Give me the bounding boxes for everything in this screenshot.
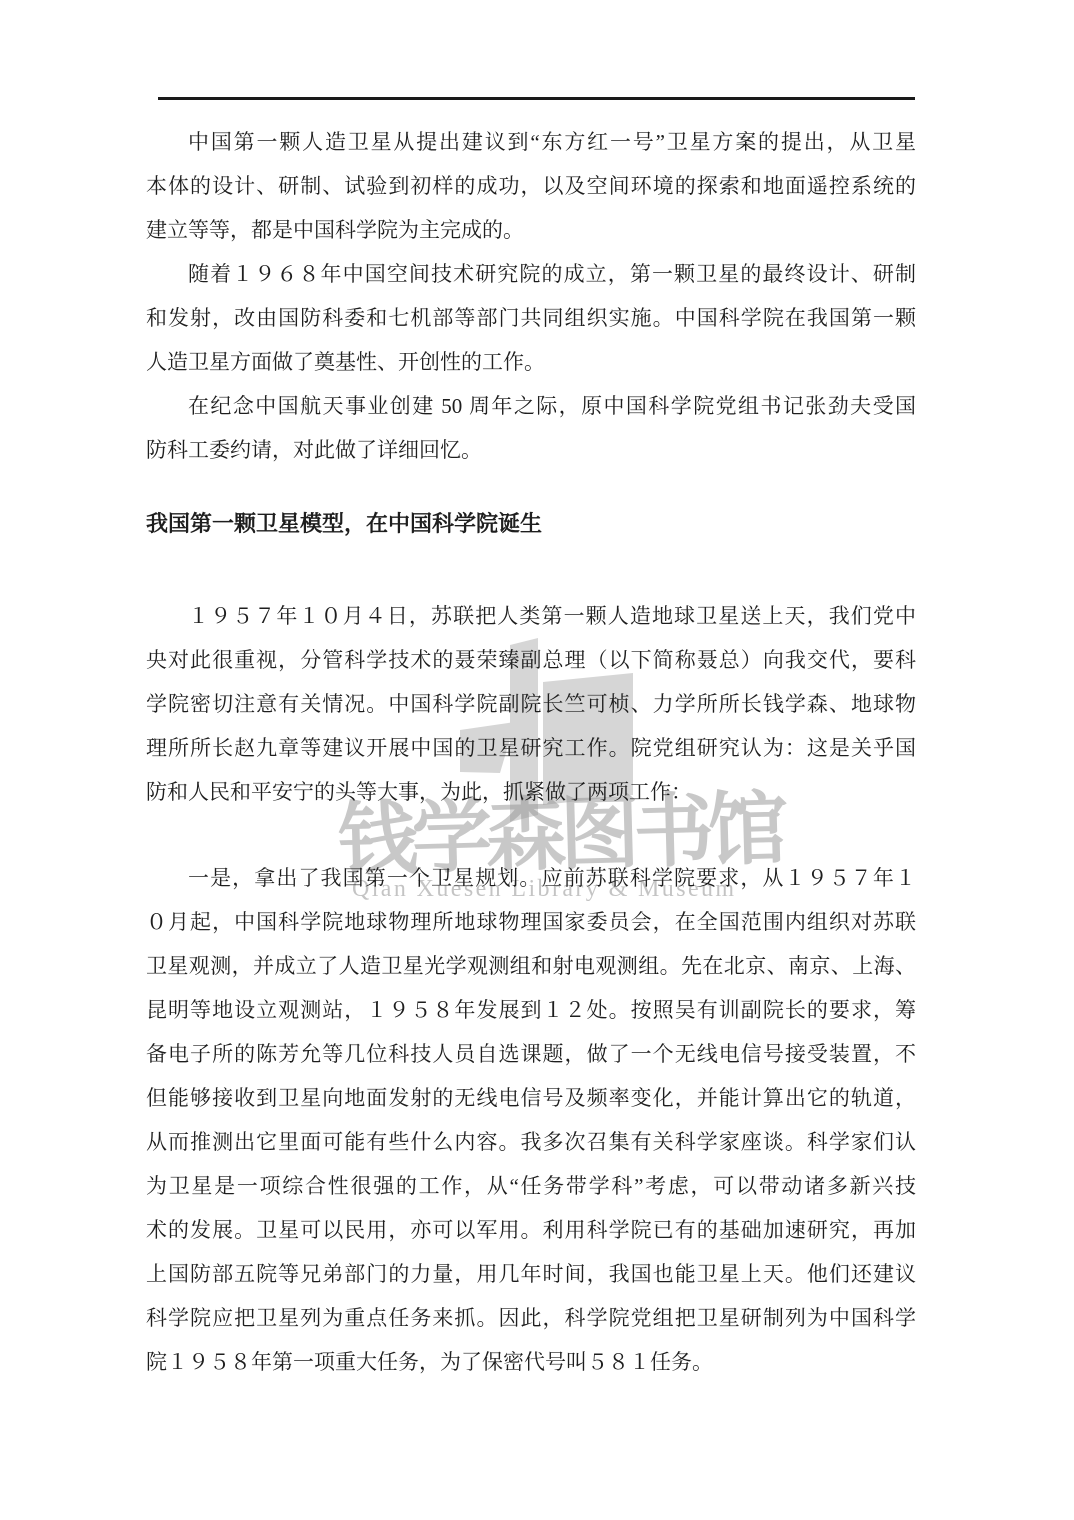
paragraph: 随着１９６８年中国空间技术研究院的成立，第一颗卫星的最终设计、研制和发射，改由国…: [146, 252, 916, 384]
paragraph: 一是，拿出了我国第一个卫星规划。应前苏联科学院要求，从１９５７年１０月起，中国科…: [146, 856, 916, 1384]
text-line: 和发射，改由国防科委和七机部等部门共同组织实施。中国科学院在我国第一颗: [146, 296, 916, 340]
document-body: 中国第一颗人造卫星从提出建议到“东方红一号”卫星方案的提出，从卫星本体的设计、研…: [146, 120, 916, 1384]
text-line: 昆明等地设立观测站，１９５８年发展到１２处。按照吴有训副院长的要求，筹: [146, 988, 916, 1032]
text-line: 理所所长赵九章等建议开展中国的卫星研究工作。院党组研究认为：这是关乎国: [146, 726, 916, 770]
text-line: 防和人民和平安宁的头等大事，为此，抓紧做了两项工作：: [146, 770, 916, 814]
header-rule: [158, 97, 915, 100]
text-line: 从而推测出它里面可能有些什么内容。我多次召集有关科学家座谈。科学家们认: [146, 1120, 916, 1164]
text-line: 建立等等，都是中国科学院为主完成的。: [146, 208, 916, 252]
text-line: 在纪念中国航天事业创建 50 周年之际，原中国科学院党组书记张劲夫受国: [146, 384, 916, 428]
paragraph: 中国第一颗人造卫星从提出建议到“东方红一号”卫星方案的提出，从卫星本体的设计、研…: [146, 120, 916, 252]
text-line: 防科工委约请，对此做了详细回忆。: [146, 428, 916, 472]
text-line: 央对此很重视，分管科学技术的聂荣臻副总理（以下简称聂总）向我交代，要科: [146, 638, 916, 682]
text-line: 备电子所的陈芳允等几位科技人员自选课题，做了一个无线电信号接受装置，不: [146, 1032, 916, 1076]
text-line: 本体的设计、研制、试验到初样的成功，以及空间环境的探索和地面遥控系统的: [146, 164, 916, 208]
text-line: 中国第一颗人造卫星从提出建议到“东方红一号”卫星方案的提出，从卫星: [146, 120, 916, 164]
paragraph: １９５７年１０月４日，苏联把人类第一颗人造地球卫星送上天，我们党中央对此很重视，…: [146, 594, 916, 814]
text-line: 科学院应把卫星列为重点任务来抓。因此，科学院党组把卫星研制列为中国科学: [146, 1296, 916, 1340]
text-line: 学院密切注意有关情况。中国科学院副院长竺可桢、力学所所长钱学森、地球物: [146, 682, 916, 726]
text-line: １９５７年１０月４日，苏联把人类第一颗人造地球卫星送上天，我们党中: [146, 594, 916, 638]
text-line: 我国第一颗卫星模型，在中国科学院诞生: [146, 502, 916, 546]
section-heading: 我国第一颗卫星模型，在中国科学院诞生: [146, 502, 916, 546]
paragraph: 在纪念中国航天事业创建 50 周年之际，原中国科学院党组书记张劲夫受国防科工委约…: [146, 384, 916, 472]
text-line: 一是，拿出了我国第一个卫星规划。应前苏联科学院要求，从１９５７年１: [146, 856, 916, 900]
text-line: 院１９５８年第一项重大任务，为了保密代号叫５８１任务。: [146, 1340, 916, 1384]
text-line: 但能够接收到卫星向地面发射的无线电信号及频率变化，并能计算出它的轨道，: [146, 1076, 916, 1120]
text-line: 卫星观测，并成立了人造卫星光学观测组和射电观测组。先在北京、南京、上海、: [146, 944, 916, 988]
text-line: 为卫星是一项综合性很强的工作，从“任务带学科”考虑，可以带动诸多新兴技: [146, 1164, 916, 1208]
text-line: 随着１９６８年中国空间技术研究院的成立，第一颗卫星的最终设计、研制: [146, 252, 916, 296]
text-line: 人造卫星方面做了奠基性、开创性的工作。: [146, 340, 916, 384]
text-line: ０月起，中国科学院地球物理所地球物理国家委员会，在全国范围内组织对苏联: [146, 900, 916, 944]
text-line: 上国防部五院等兄弟部门的力量，用几年时间，我国也能卫星上天。他们还建议: [146, 1252, 916, 1296]
text-line: 术的发展。卫星可以民用，亦可以军用。利用科学院已有的基础加速研究，再加: [146, 1208, 916, 1252]
document-page: 钱学森图书馆 Qian Xuesen Library & Museum 中国第一…: [0, 0, 1074, 1520]
